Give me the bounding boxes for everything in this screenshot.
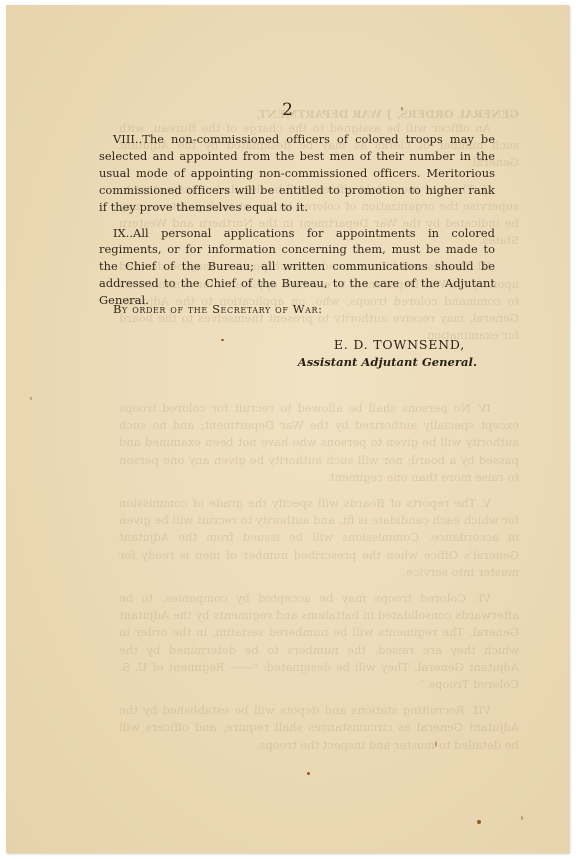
foxing-spot <box>435 741 437 747</box>
bleed-through-lower: IV. No persons shall be allowed to recru… <box>119 400 519 763</box>
by-order-line: By order of the Secretary of War: <box>113 302 323 316</box>
signatory-title: Assistant Adjutant General. <box>6 353 477 371</box>
body-text: VIII..The non-commissioned officers of c… <box>99 131 495 318</box>
foxing-spot <box>30 397 32 400</box>
signatory-name: E. D. TOWNSEND, <box>6 337 477 353</box>
foxing-spot <box>401 107 403 110</box>
foxing-spot <box>307 772 310 775</box>
bleed-through-paragraph: V. The reports of Boards will specify th… <box>119 495 519 581</box>
page-number: 2 <box>6 100 569 120</box>
bleed-through-paragraph: VII. Recruiting stations and depots will… <box>119 702 519 754</box>
foxing-spot <box>477 820 481 824</box>
bleed-through-paragraph: VI. Colored troops may be accepted by co… <box>119 590 519 693</box>
paragraph-viii: VIII..The non-commissioned officers of c… <box>99 131 495 216</box>
foxing-spot <box>221 339 224 341</box>
foxing-spot <box>521 816 523 820</box>
paragraph-ix: IX..All personal applications for appoin… <box>99 225 495 310</box>
signature-block: E. D. TOWNSEND, Assistant Adjutant Gener… <box>6 337 477 371</box>
document-page: GENERAL ORDERS, } WAR DEPARTMENT, An off… <box>6 5 569 853</box>
bleed-through-paragraph: IV. No persons shall be allowed to recru… <box>119 400 519 486</box>
